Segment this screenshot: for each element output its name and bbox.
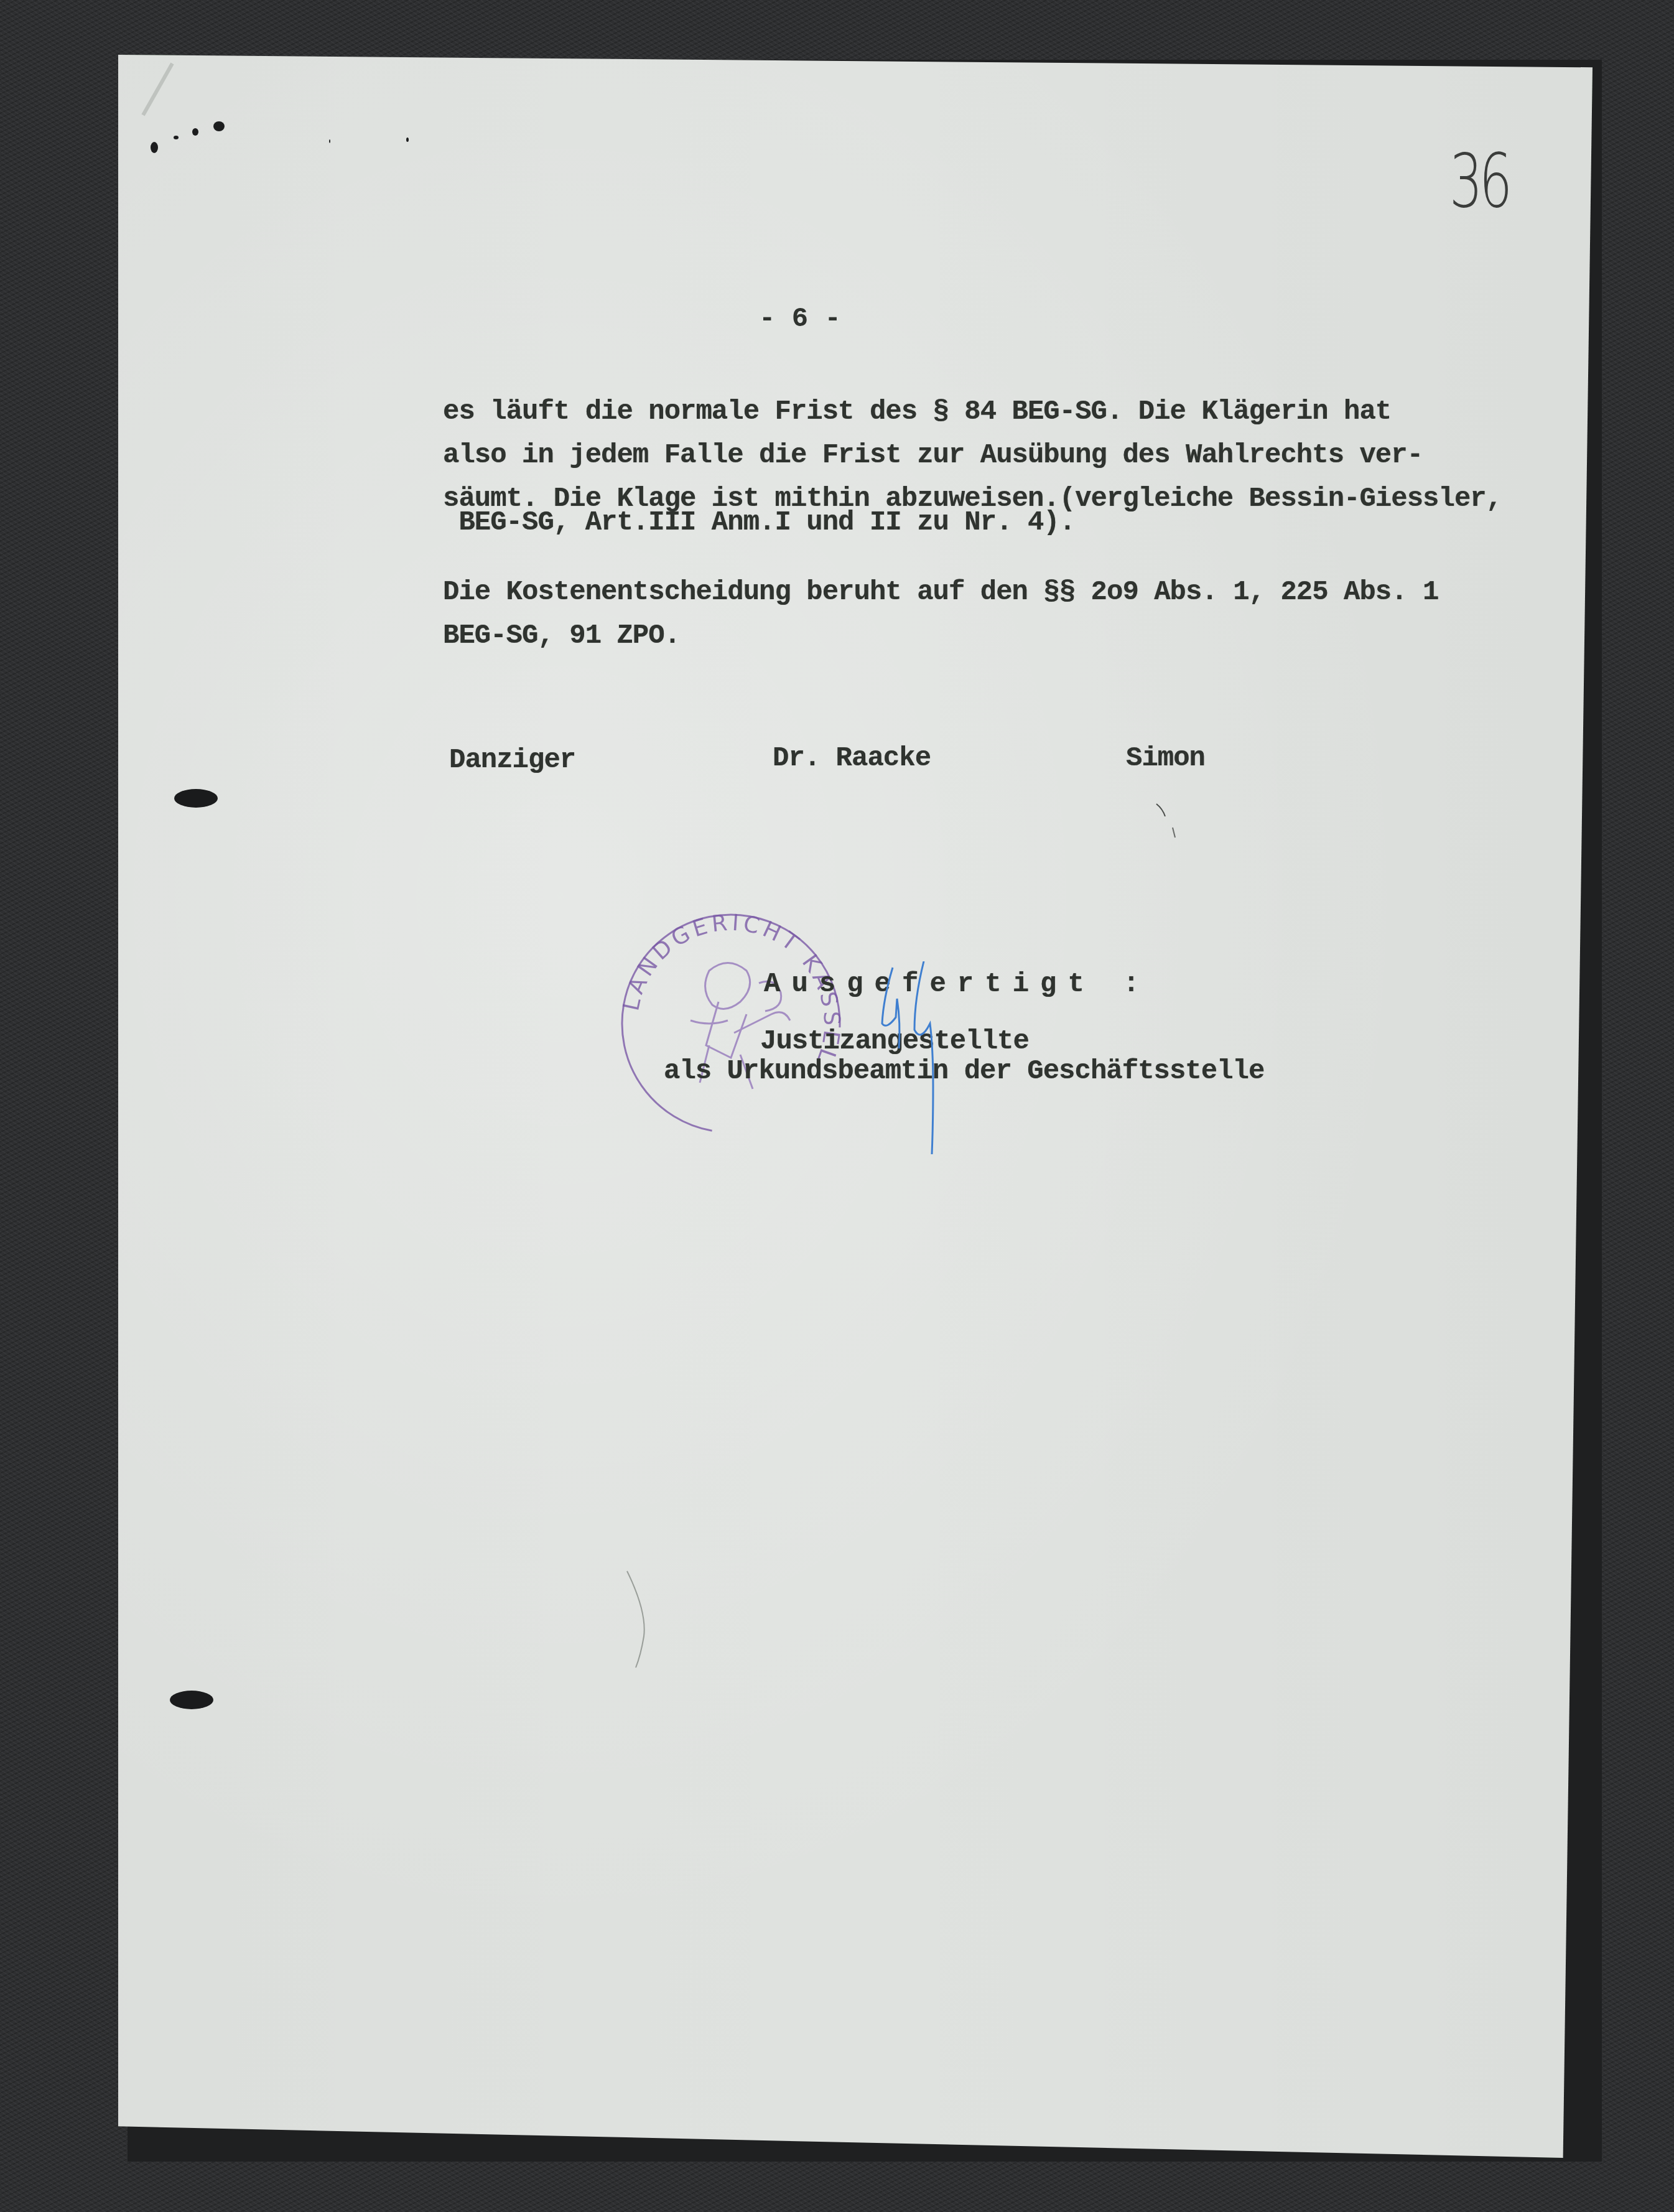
certification-heading: Ausgefertigt : xyxy=(764,971,1151,998)
pin-hole xyxy=(174,136,179,139)
handwritten-initials xyxy=(871,961,952,1160)
body-paragraph-1-line-1: es läuft die normale Frist des § 84 BEG-… xyxy=(443,398,1391,426)
handwritten-folio-number: 36 xyxy=(1449,138,1509,225)
corner-crease-mark xyxy=(138,62,175,118)
pin-hole xyxy=(406,138,409,142)
pin-hole xyxy=(329,139,330,143)
pin-hole xyxy=(192,128,198,136)
body-paragraph-2-line-2: BEG-SG, 91 ZPO. xyxy=(443,622,680,650)
punch-hole-lower xyxy=(170,1691,213,1709)
punch-hole-upper xyxy=(174,789,218,808)
signature-judge-3: Simon xyxy=(1126,745,1205,772)
body-paragraph-2-line-1: Die Kostenentscheidung beruht auf den §§… xyxy=(443,579,1438,606)
document-page xyxy=(118,55,1593,2158)
pencil-mark xyxy=(622,1568,653,1674)
pencil-tick-mark xyxy=(1154,803,1179,840)
pin-hole xyxy=(213,121,225,131)
court-seal-stamp: LANDGERICHT KASSEL xyxy=(616,908,846,1139)
body-paragraph-1-line-2: also in jedem Falle die Frist zur Ausübu… xyxy=(443,442,1423,469)
signature-judge-1: Danziger xyxy=(449,747,575,774)
body-paragraph-1-line-4: BEG-SG, Art.III Anm.I und II zu Nr. 4). xyxy=(443,509,1075,536)
certification-title-line-2: als Urkundsbeamtin der Geschäftsstelle xyxy=(664,1058,1264,1085)
pin-hole xyxy=(151,142,158,153)
page-number: - 6 - xyxy=(759,304,841,335)
signature-judge-2: Dr. Raacke xyxy=(773,745,931,772)
